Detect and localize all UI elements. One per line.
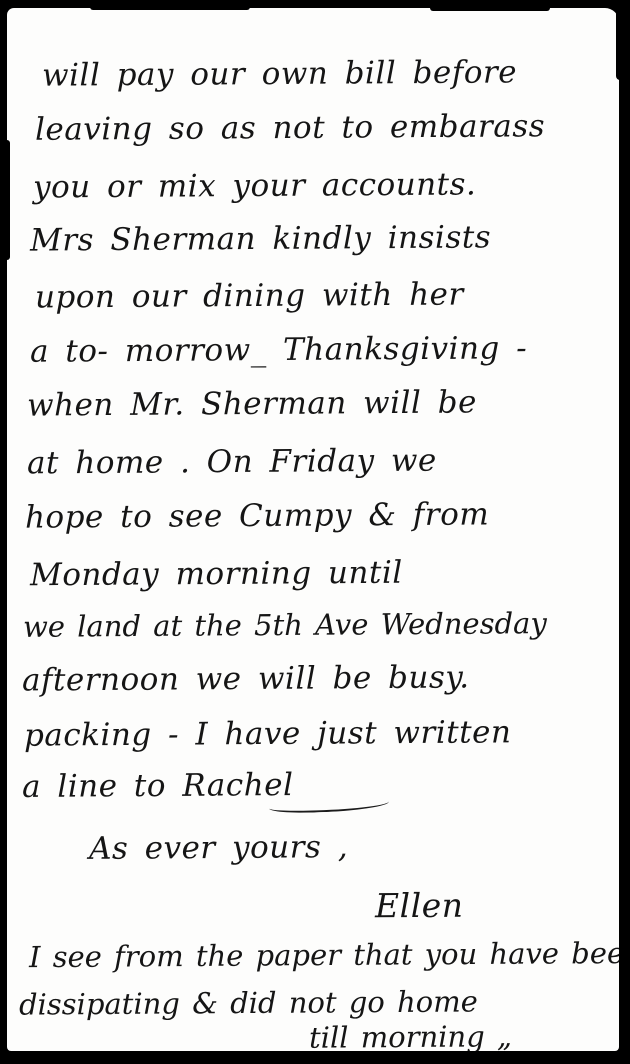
postscript-line: till morning „	[309, 1019, 512, 1051]
letter-line: leaving so as not to embarass	[35, 108, 545, 148]
postscript-line: dissipating & did not go home	[19, 984, 478, 1021]
letter-line: will pay our own bill before	[42, 54, 517, 93]
scan-edge-artifact	[3, 140, 10, 260]
letter-line: a line to Rachel	[22, 767, 294, 805]
letter-line: when Mr. Sherman will be	[27, 384, 477, 423]
scan-edge-artifact	[90, 4, 250, 10]
scan-edge-artifact	[430, 3, 550, 11]
postscript-line: I see from the paper that you have been	[29, 936, 619, 974]
letter-line: afternoon we will be busy.	[22, 659, 470, 698]
letter-line: Mrs Sherman kindly insists	[30, 219, 491, 258]
pen-flourish	[269, 796, 389, 814]
letter-line: you or mix your accounts.	[33, 166, 477, 205]
letter-line: packing - I have just written	[24, 714, 512, 753]
letter-line: at home . On Friday we	[27, 443, 437, 482]
scanned-page: will pay our own bill before leaving so …	[0, 0, 630, 1064]
letter-line: a to- morrow_ Thanksgiving -	[30, 330, 527, 369]
scan-edge-artifact	[616, 10, 626, 80]
letter-line: we land at the 5th Ave Wednesday	[23, 606, 547, 644]
letter-line: Monday morning until	[30, 555, 403, 594]
letter-line: hope to see Cumpy & from	[25, 496, 489, 535]
signature: Ellen	[375, 886, 464, 926]
closing-line: As ever yours ,	[89, 829, 348, 867]
letter-line: upon our dining with her	[35, 277, 464, 316]
scan-edge-artifact	[60, 1052, 360, 1058]
letter-paper: will pay our own bill before leaving so …	[7, 8, 619, 1051]
